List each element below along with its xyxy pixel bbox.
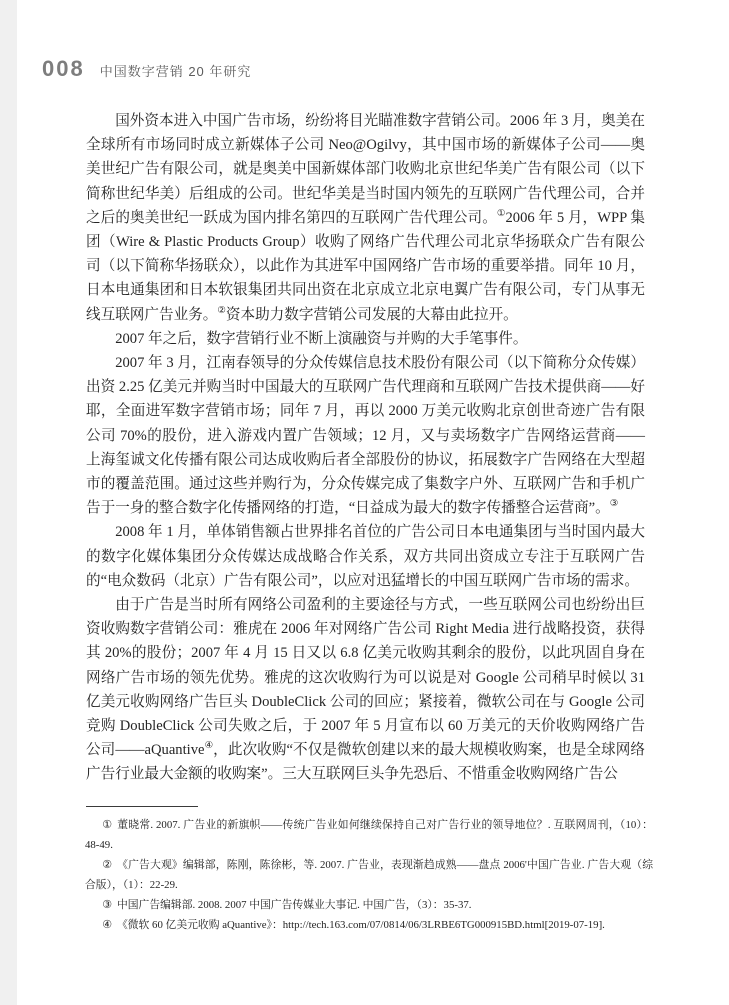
footnote-text: 中国广告编辑部. 2008. 2007 中国广告传媒业大事记. 中国广告，（3）…	[117, 899, 472, 911]
footnote-marker: ②	[102, 859, 112, 871]
footnote-text: 董晓常. 2007. 广告业的新旗帜——传统广告业如何继续保持自己对广告行业的领…	[85, 819, 653, 851]
paragraph-text: 2007 年 3 月，江南春领导的分众传媒信息技术股份有限公司（以下简称分众传媒…	[86, 355, 645, 516]
paragraph-text: 2007 年之后，数字营销行业不断上演融资与并购的大手笔事件。	[115, 331, 527, 347]
body-paragraph: 2008 年 1 月，单体销售额占世界排名首位的广告公司日本电通集团与当时国内最…	[86, 520, 645, 593]
paragraph-text: 资本助力数字营销公司发展的大幕由此拉开。	[226, 307, 518, 323]
running-head-title: 中国数字营销 20 年研究	[100, 61, 252, 80]
page-number: 008	[42, 56, 85, 82]
body-text: 国外资本进入中国广告市场，纷纷将目光瞄准数字营销公司。2006 年 3 月，奥美…	[86, 109, 645, 787]
footnote-marker: ①	[102, 819, 112, 831]
paragraph-text: 由于广告是当时所有网络公司盈利的主要途径与方式，一些互联网公司也纷纷出巨资收购数…	[86, 597, 645, 758]
footnote-text: 《广告大观》编辑部，陈刚，陈徐彬，等. 2007. 广告业，表现渐趋成熟——盘点…	[85, 859, 653, 891]
footnote-marker: ③	[102, 899, 112, 911]
body-paragraph: 2007 年之后，数字营销行业不断上演融资与并购的大手笔事件。	[86, 327, 645, 351]
body-paragraph: 由于广告是当时所有网络公司盈利的主要途径与方式，一些互联网公司也纷纷出巨资收购数…	[86, 593, 645, 787]
footnote-ref: ③	[610, 499, 619, 509]
footnote-marker: ④	[102, 919, 112, 931]
footnote-item: ④《微软 60 亿美元收购 aQuantive》：http://tech.163…	[85, 915, 653, 935]
page-header: 008 中国数字营销 20 年研究	[42, 56, 251, 82]
paragraph-text: 2008 年 1 月，单体销售额占世界排名首位的广告公司日本电通集团与当时国内最…	[86, 524, 645, 588]
footnotes-section: ①董晓常. 2007. 广告业的新旗帜——传统广告业如何继续保持自己对广告行业的…	[85, 806, 653, 935]
page-gutter	[0, 0, 17, 1005]
footnote-ref: ②	[217, 306, 226, 316]
footnote-ref: ④	[205, 741, 214, 751]
footnote-item: ②《广告大观》编辑部，陈刚，陈徐彬，等. 2007. 广告业，表现渐趋成熟——盘…	[85, 855, 653, 895]
footnote-text: 《微软 60 亿美元收购 aQuantive》：http://tech.163.…	[117, 919, 605, 931]
footnote-separator	[86, 806, 198, 807]
footnote-item: ①董晓常. 2007. 广告业的新旗帜——传统广告业如何继续保持自己对广告行业的…	[85, 815, 653, 855]
body-paragraph: 国外资本进入中国广告市场，纷纷将目光瞄准数字营销公司。2006 年 3 月，奥美…	[86, 109, 645, 327]
footnote-ref: ①	[497, 209, 506, 219]
body-paragraph: 2007 年 3 月，江南春领导的分众传媒信息技术股份有限公司（以下简称分众传媒…	[86, 351, 645, 520]
book-page: 008 中国数字营销 20 年研究 国外资本进入中国广告市场，纷纷将目光瞄准数字…	[0, 0, 729, 1005]
footnote-item: ③中国广告编辑部. 2008. 2007 中国广告传媒业大事记. 中国广告，（3…	[85, 895, 653, 915]
